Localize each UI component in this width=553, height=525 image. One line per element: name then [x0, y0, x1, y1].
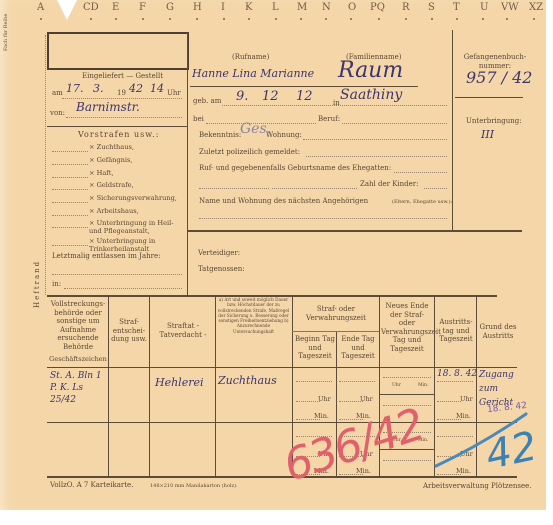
index-card: A CD E F G H I K L M N O PQ R S T U VW X… — [0, 0, 546, 510]
intake-von-value: Barnimstr. — [76, 100, 140, 114]
intake-am-label: am — [52, 89, 63, 97]
index-tab: I — [221, 2, 225, 13]
familienname-value: Raum — [338, 58, 403, 83]
time-unit-label: Min. — [314, 412, 329, 420]
vorstrafe-item: × Sicherungsverwahrung, — [89, 194, 187, 202]
header-grund: Grund des Austritts — [478, 323, 518, 340]
time-unit-label: Min. — [418, 383, 428, 388]
header-ende: Ende Tag und Tageszeit — [337, 335, 379, 361]
header-geschaeftszeichen: Geschäftszeichen — [48, 355, 108, 364]
unterbringung-value: III — [481, 128, 494, 141]
vorstrafe-item: × Unterbringung in Trinkerheilanstalt — [89, 237, 187, 253]
side-label-top: Fach für Reihe — [3, 6, 9, 51]
footer-form-id: VollzO. A 7 Karteikarte. — [50, 481, 133, 489]
empty-label-box — [47, 32, 189, 70]
time-unit-label: Uhr — [460, 395, 473, 403]
index-tab: PQ — [370, 2, 385, 13]
wohnung-label: Wohnung: — [266, 131, 302, 139]
footer-format: 148×210 mm Manilakarton (holz). — [150, 483, 238, 489]
intake-year: 42 — [129, 82, 143, 95]
intake-title: Eingeliefert — Gestellt — [82, 72, 163, 80]
index-notch — [57, 0, 77, 20]
row1-austritt: 18. 8. 42 — [437, 369, 477, 379]
row1-straftat: Hehlerei — [155, 376, 204, 389]
index-tab: R — [402, 2, 410, 13]
index-tab: N — [322, 2, 331, 13]
intake-time: 14 — [150, 82, 164, 95]
header-austritt: Austritts-tag und Tageszeit — [436, 318, 476, 344]
angehoerige-hint: (Eltern, Ehegatte usw.): — [392, 199, 452, 205]
time-unit-label: Uhr — [392, 383, 401, 388]
row1-art: Zuchthaus — [218, 374, 277, 387]
entlassen-label: Letztmalig entlassen im Jahre: — [52, 252, 160, 260]
verteidiger-label: Verteidiger: — [198, 249, 240, 257]
header-straftat: Straftat - Tatverdacht - — [152, 322, 214, 339]
geb-year: 12 — [296, 89, 313, 104]
footer-verwaltung: Arbeitsverwaltung Plötzensee. — [423, 482, 531, 490]
index-tab: VW — [501, 2, 519, 13]
index-tab: G — [166, 2, 174, 13]
index-tab: XZ — [529, 2, 543, 13]
row1-behoerde: St. A. Bln 1 P. K. Ls 25/42 — [50, 370, 106, 406]
side-label-heftrand: Heftrand — [33, 258, 41, 308]
time-unit-label: Uhr — [360, 395, 373, 403]
index-tab: E — [112, 2, 119, 13]
buchnummer-value: 957 / 42 — [466, 68, 532, 87]
intake-year-prefix: 19 — [117, 89, 126, 97]
geb-am-label: geb. am — [193, 97, 221, 105]
kinder-label: Zahl der Kinder: — [360, 180, 419, 188]
index-tabs: A CD E F G H I K L M N O PQ R S T U VW X… — [0, 2, 546, 14]
index-tab: K — [245, 2, 252, 13]
index-tab: L — [272, 2, 279, 13]
rufname-value: Hanne Lina Marianne — [192, 67, 314, 80]
beruf-label: Beruf: — [318, 115, 340, 123]
time-unit-label: Uhr — [318, 395, 331, 403]
header-beginn: Beginn Tag und Tageszeit — [294, 335, 336, 361]
vorstrafe-item: × Geldstrafe, — [89, 181, 187, 189]
index-tab: A — [37, 2, 44, 13]
header-art: a) Art und soweit möglich Dauer bzw. Höc… — [216, 297, 291, 334]
vorstrafe-item: × Arbeitshaus, — [89, 207, 187, 215]
vorstrafen-title: Vorstrafen usw.: — [78, 130, 159, 139]
vorstrafe-item: × Unterbringung in Heil- und Pflegeansta… — [89, 219, 187, 235]
intake-month: 3. — [93, 82, 104, 95]
ehegatte-label: Ruf- und gegebenenfalls Geburtsname des … — [199, 164, 391, 172]
vorstrafe-item: × Zuchthaus, — [89, 143, 187, 151]
blue-slash-stroke — [430, 410, 530, 470]
vorstrafe-item: × Gefängnis, — [89, 156, 187, 164]
intake-day: 17. — [66, 82, 84, 95]
geb-in-label: in — [333, 99, 340, 107]
index-tab: U — [480, 2, 488, 13]
bei-label: bei — [193, 115, 204, 123]
tatgenossen-label: Tatgenossen: — [198, 265, 245, 273]
polizeilich-label: Zuletzt polizeilich gemeldet: — [199, 148, 300, 156]
header-strafzeit: Straf- oder Verwahrungszeit — [294, 305, 378, 322]
header-entscheidung: Straf-entschei-dung usw. — [110, 318, 148, 344]
header-neues-ende: Neues Ende der Straf- oder Verwahrungsze… — [381, 302, 433, 353]
index-tab: CD — [83, 2, 99, 13]
index-tab: S — [428, 2, 435, 13]
rufname-label: (Rufname) — [232, 53, 269, 61]
vorstrafe-item: × Haft, — [89, 169, 187, 177]
bekenntnis-label: Bekenntnis: — [199, 131, 241, 139]
intake-von-label: von: — [50, 109, 65, 117]
intake-uhr-label: Uhr — [167, 89, 181, 97]
index-tab: H — [193, 2, 202, 13]
index-tab: T — [453, 2, 460, 13]
header-behoerde: Vollstreckungs-behörde oder sonstige um … — [48, 300, 108, 351]
index-tab: M — [297, 2, 307, 13]
index-tab: O — [348, 2, 356, 13]
angehoerige-label: Name und Wohnung des nächsten Angehörige… — [199, 197, 368, 205]
index-tab: F — [139, 2, 146, 13]
entlassen-in-label: in: — [52, 280, 61, 288]
unterbringung-label: Unterbringung: — [466, 117, 522, 125]
geb-month: 12 — [262, 89, 279, 104]
geb-day: 9. — [236, 89, 248, 104]
birthplace-value: Saathiny — [340, 87, 402, 103]
